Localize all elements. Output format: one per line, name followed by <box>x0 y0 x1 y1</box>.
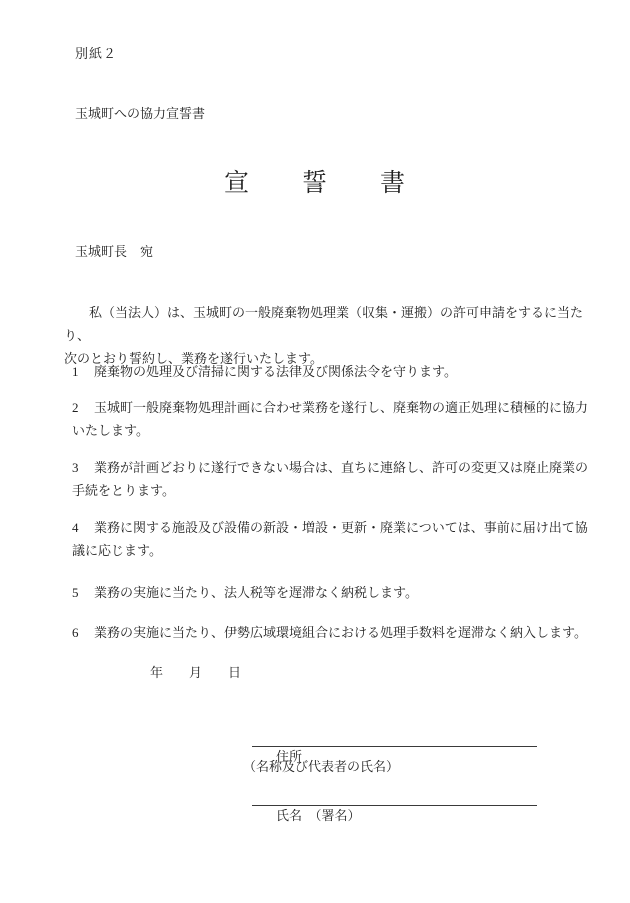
signature-label: 氏名 （署名） <box>265 808 361 823</box>
item-number: 5 <box>72 581 94 604</box>
pledge-item-2: 2玉城町一般廃棄物処理計画に合わせ業務を遂行し、廃棄物の適正処理に積極的に協力 … <box>72 396 607 442</box>
item-text: 業務の実施に当たり、伊勢広域環境組合における処理手数料を遅滞なく納入します。 <box>94 625 587 640</box>
pledge-item-5: 5業務の実施に当たり、法人税等を遅滞なく納税します。 <box>72 581 607 604</box>
item-text: 廃棄物の処理及び清掃に関する法律及び関係法令を守ります。 <box>94 364 457 379</box>
item-text: 玉城町一般廃棄物処理計画に合わせ業務を遂行し、廃棄物の適正処理に積極的に協力 い… <box>72 400 588 438</box>
item-number: 2 <box>72 396 94 419</box>
pledge-item-4: 4業務に関する施設及び設備の新設・増設・更新・廃業については、事前に届け出て協 … <box>72 516 607 562</box>
document-title: 宣 誓 書 <box>0 167 630 201</box>
attachment-label: 別紙２ <box>75 42 117 65</box>
address-field: 住所 <box>252 725 537 747</box>
item-text: 業務に関する施設及び設備の新設・増設・更新・廃業については、事前に届け出て協 議… <box>72 520 588 558</box>
item-number: 4 <box>72 516 94 539</box>
item-number: 3 <box>72 456 94 479</box>
document-subtitle: 玉城町への協力宣誓書 <box>75 102 205 125</box>
pledge-item-3: 3業務が計画どおりに遂行できない場合は、直ちに連絡し、許可の変更又は廃止廃業の … <box>72 456 607 502</box>
signature-field: 氏名 （署名） <box>252 784 537 806</box>
addressee-line: 玉城町長 宛 <box>75 240 153 263</box>
name-caption: （名称及び代表者の氏名） <box>243 755 399 778</box>
date-line: 年 月 日 <box>150 661 241 684</box>
pledge-document-page: 別紙２ 玉城町への協力宣誓書 宣 誓 書 玉城町長 宛 私（当法人）は、玉城町の… <box>0 0 630 903</box>
pledge-item-1: 1廃棄物の処理及び清掃に関する法律及び関係法令を守ります。 <box>72 360 607 383</box>
item-text: 業務の実施に当たり、法人税等を遅滞なく納税します。 <box>94 585 418 600</box>
item-text: 業務が計画どおりに遂行できない場合は、直ちに連絡し、許可の変更又は廃止廃業の 手… <box>72 460 588 498</box>
item-number: 6 <box>72 621 94 644</box>
pledge-item-6: 6業務の実施に当たり、伊勢広域環境組合における処理手数料を遅滞なく納入します。 <box>72 621 607 644</box>
item-number: 1 <box>72 360 94 383</box>
